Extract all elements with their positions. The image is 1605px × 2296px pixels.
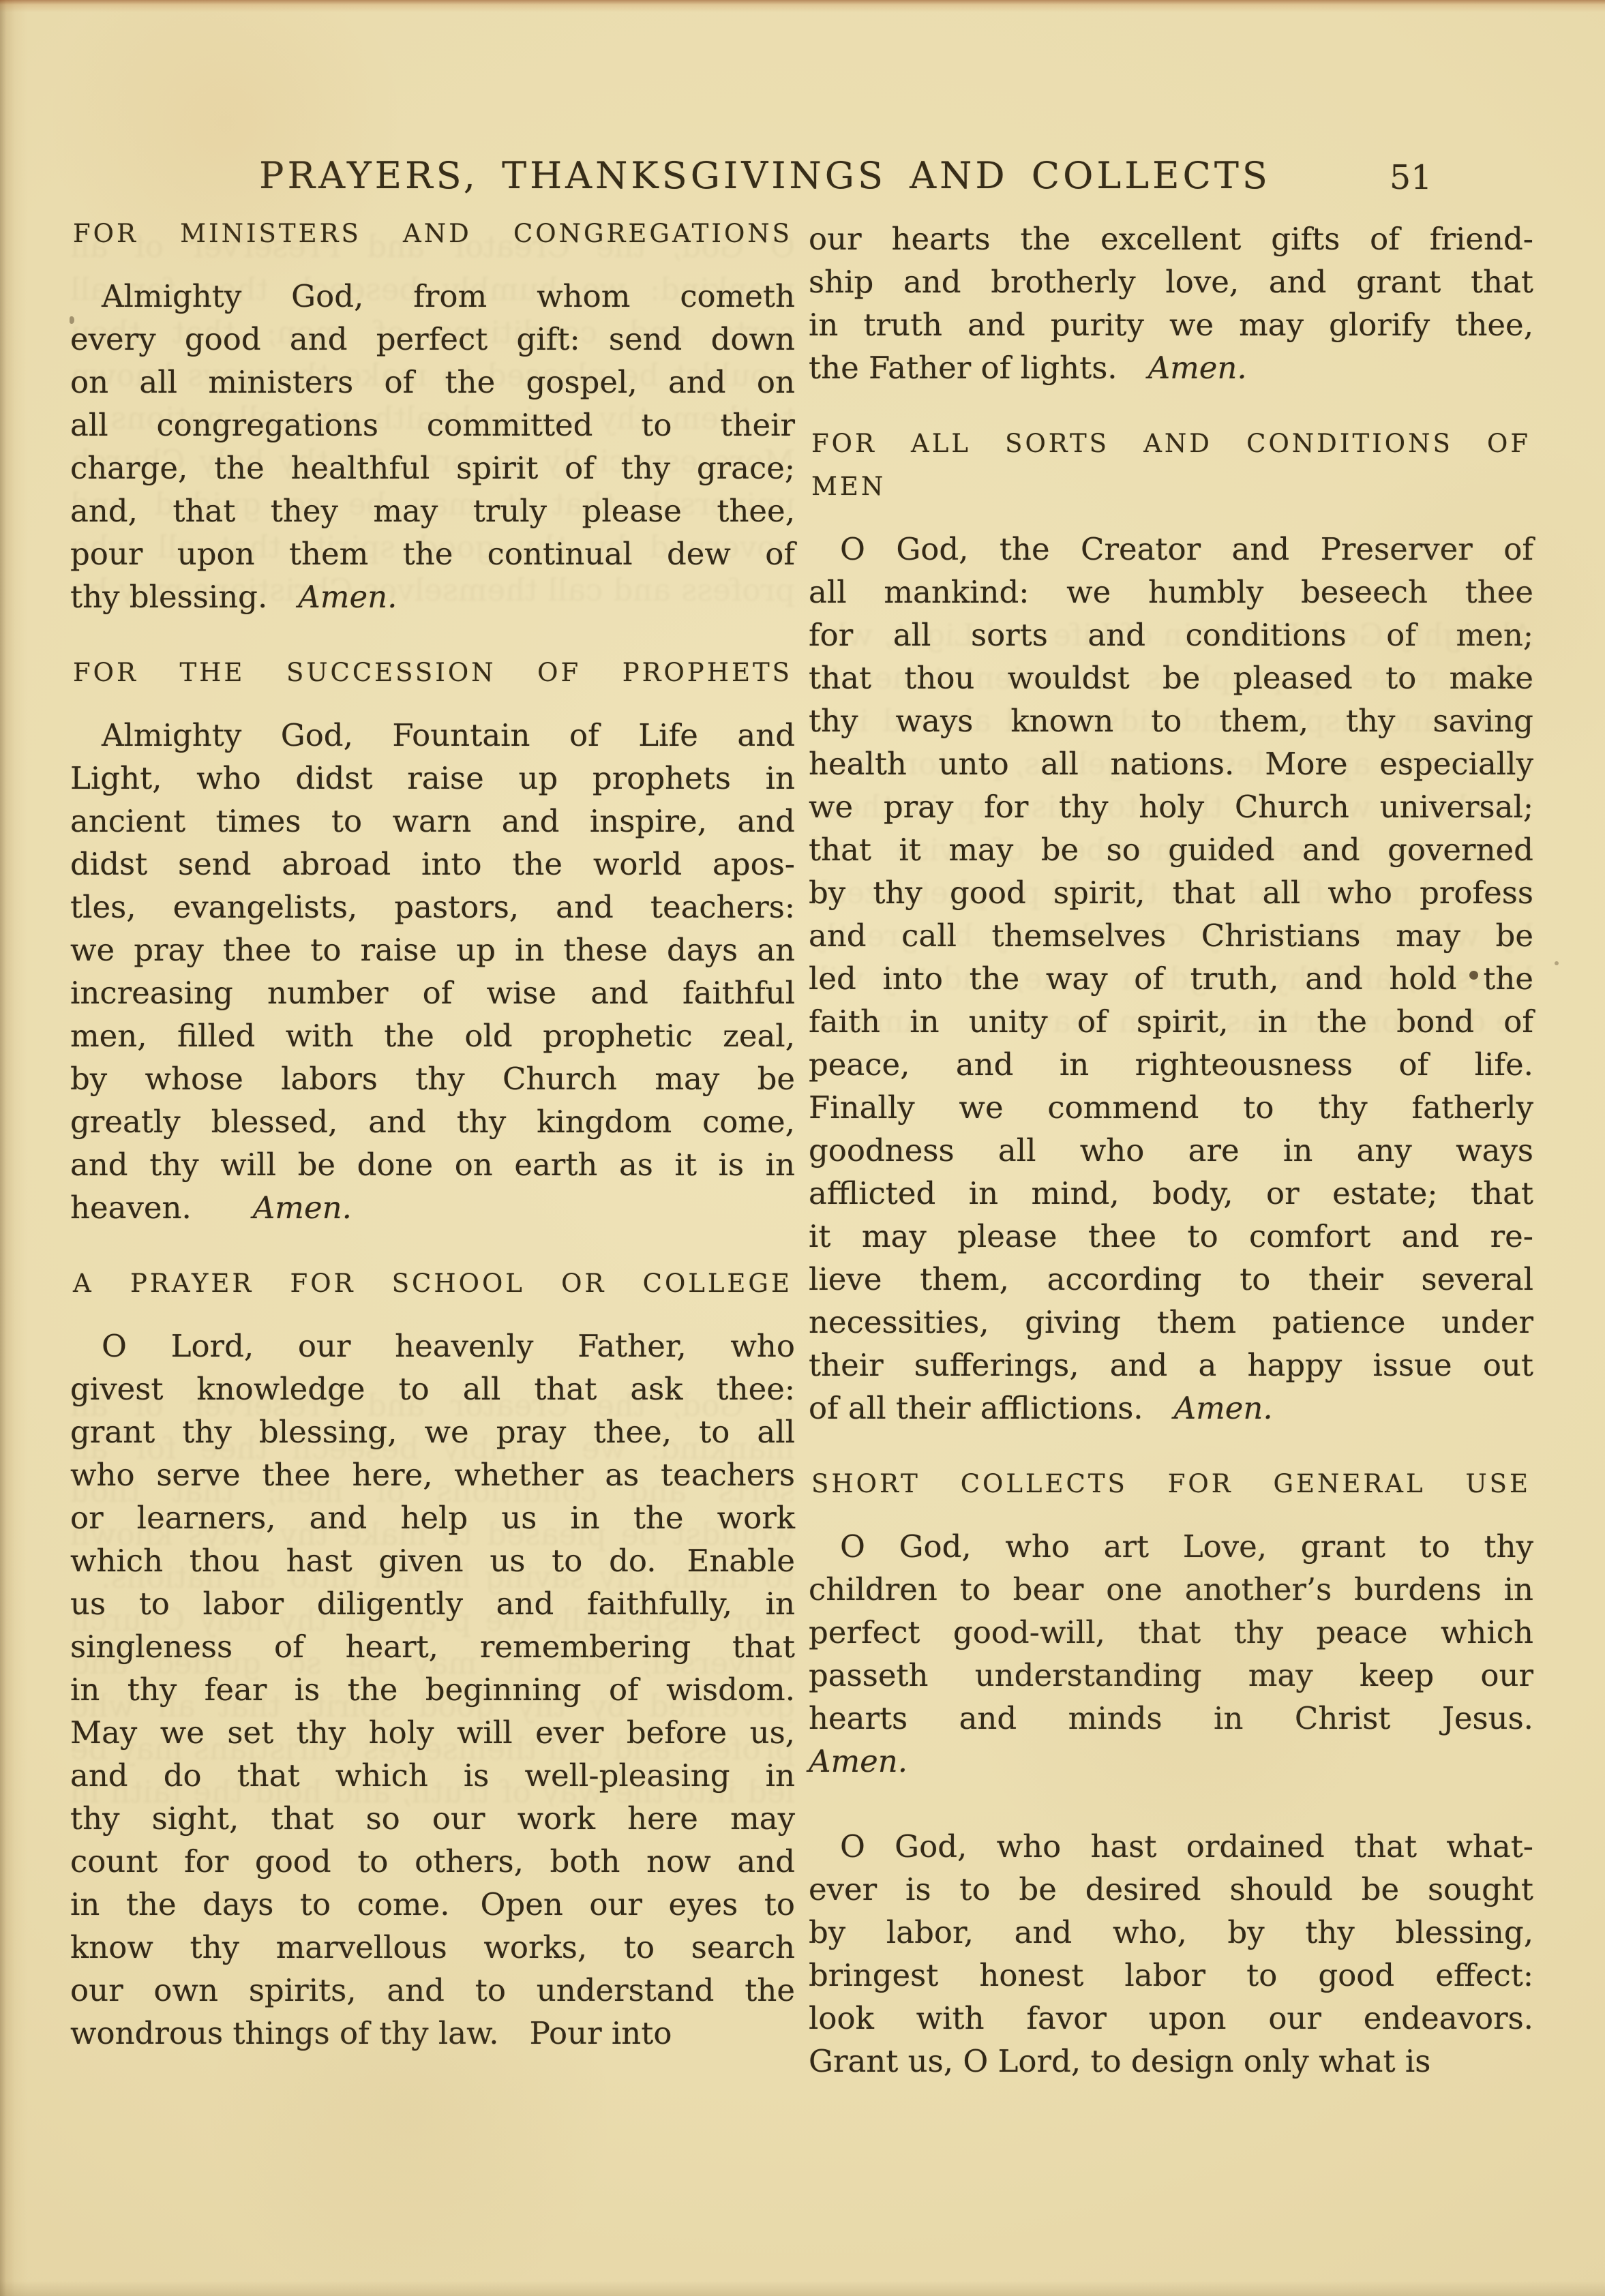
- text-line: that it may be so guided and governed: [809, 828, 1533, 871]
- text-line: by labor, and who, by thy blessing,: [809, 1911, 1533, 1954]
- text-line: we pray thee to raise up in these days a…: [70, 928, 795, 971]
- text-line: Almighty God, Fountain of Life and: [70, 714, 795, 757]
- text-line: Light, who didst raise up prophets in: [70, 757, 795, 800]
- text-line: all mankind: we humbly beseech thee: [809, 571, 1533, 614]
- text-line: O God, who hast ordained that what-: [809, 1825, 1533, 1868]
- text-line: health unto all nations. More especially: [809, 742, 1533, 785]
- prayer-paragraph: our hearts the excellent gifts of friend…: [809, 217, 1533, 389]
- text-line: pour upon them the continual dew of: [70, 532, 795, 575]
- text-line: for all sorts and conditions of men;: [809, 614, 1533, 656]
- book-page-scan: { "page": { "header": { "title": "PRAYER…: [0, 0, 1605, 2296]
- scan-edge-bottom: [0, 2281, 1605, 2296]
- text-line: on all ministers of the gospel, and on: [70, 361, 795, 404]
- text-line: by whose labors thy Church may be: [70, 1057, 795, 1100]
- text-line: it may please thee to comfort and re-: [809, 1215, 1533, 1258]
- text-line: in thy fear is the beginning of wisdom.: [70, 1668, 795, 1711]
- text-line: May we set thy holy will ever before us,: [70, 1711, 795, 1754]
- text-line: who serve thee here, whether as teachers: [70, 1453, 795, 1496]
- section-heading: FOR MINISTERS AND CONGREGATIONS: [73, 212, 792, 255]
- section-heading: FOR ALL SORTS AND CONDITIONS OF MEN: [811, 422, 1531, 508]
- text-line: perfect good-will, that thy peace which: [809, 1611, 1533, 1654]
- text-line: or learners, and help us in the work: [70, 1496, 795, 1539]
- text-line: and, that they may truly please thee,: [70, 489, 795, 532]
- text-line: thy ways known to them, thy saving: [809, 699, 1533, 742]
- ink-speck: [1555, 961, 1559, 965]
- text-line: Amen.: [809, 1740, 1533, 1783]
- text-line: in the days to come. Open our eyes to: [70, 1883, 795, 1926]
- text-line: and thy will be done on earth as it is i…: [70, 1143, 795, 1186]
- text-line: that thou wouldst be pleased to make: [809, 656, 1533, 699]
- section-heading: FOR THE SUCCESSION OF PROPHETS: [73, 651, 792, 694]
- text-line: thy sight, that so our work here may: [70, 1797, 795, 1840]
- text-line: singleness of heart, remembering that: [70, 1625, 795, 1668]
- text-line: greatly blessed, and thy kingdom come,: [70, 1100, 795, 1143]
- left-column: FOR MINISTERS AND CONGREGATIONSAlmighty …: [70, 212, 795, 2055]
- text-line: Almighty God, from whom cometh: [70, 275, 795, 318]
- text-line: tles, evangelists, pastors, and teachers…: [70, 886, 795, 928]
- text-line: passeth understanding may keep our: [809, 1654, 1533, 1697]
- section-heading: A PRAYER FOR SCHOOL OR COLLEGE: [73, 1262, 792, 1305]
- text-line: led into the way of truth, and hold the: [809, 957, 1533, 1000]
- text-line: and do that which is well-pleasing in: [70, 1754, 795, 1797]
- scan-edge-top: [0, 0, 1605, 14]
- text-line: faith in unity of spirit, in the bond of: [809, 1000, 1533, 1043]
- right-column: our hearts the excellent gifts of friend…: [809, 217, 1533, 2083]
- text-line: which thou hast given us to do. Enable: [70, 1539, 795, 1582]
- page-title: PRAYERS, THANKSGIVINGS AND COLLECTS: [0, 154, 1530, 197]
- text-line: necessities, giving them patience under: [809, 1301, 1533, 1344]
- text-line: hearts and minds in Christ Jesus.: [809, 1697, 1533, 1740]
- text-line: goodness all who are in any ways: [809, 1129, 1533, 1172]
- text-line: thy blessing. Amen.: [70, 575, 795, 618]
- text-line: didst send abroad into the world apos-: [70, 843, 795, 886]
- text-line: children to bear one another’s burdens i…: [809, 1568, 1533, 1611]
- text-line: grant thy blessing, we pray thee, to all: [70, 1410, 795, 1453]
- text-line: ship and brotherly love, and grant that: [809, 260, 1533, 303]
- text-line: we pray for thy holy Church universal;: [809, 785, 1533, 828]
- text-line: O God, who art Love, grant to thy: [809, 1525, 1533, 1568]
- text-line: charge, the healthful spirit of thy grac…: [70, 447, 795, 489]
- text-line: of all their afflictions. Amen.: [809, 1387, 1533, 1430]
- text-line: O God, the Creator and Preserver of: [809, 528, 1533, 571]
- text-line: all congregations committed to their: [70, 404, 795, 447]
- scan-edge-left: [0, 0, 27, 2296]
- text-line: their sufferings, and a happy issue out: [809, 1344, 1533, 1387]
- text-line: ever is to be desired should be sought: [809, 1868, 1533, 1911]
- prayer-paragraph: O God, who hast ordained that what-ever …: [809, 1825, 1533, 2083]
- text-line: know thy marvellous works, to search: [70, 1926, 795, 1969]
- text-line: wondrous things of thy law. Pour into: [70, 2012, 795, 2055]
- prayer-paragraph: O God, who art Love, grant to thychildre…: [809, 1525, 1533, 1783]
- text-line: givest knowledge to all that ask thee:: [70, 1368, 795, 1410]
- prayer-paragraph: O Lord, our heavenly Father, whogivest k…: [70, 1325, 795, 2055]
- text-line: men, filled with the old prophetic zeal,: [70, 1014, 795, 1057]
- text-line: in truth and purity we may glorify thee,: [809, 303, 1533, 346]
- prayer-paragraph: O God, the Creator and Preserver ofall m…: [809, 528, 1533, 1430]
- text-line: our own spirits, and to understand the: [70, 1969, 795, 2012]
- text-line: bringest honest labor to good effect:: [809, 1954, 1533, 1997]
- text-line: Grant us, O Lord, to design only what is: [809, 2040, 1533, 2083]
- text-line: increasing number of wise and faithful: [70, 971, 795, 1014]
- text-line: Finally we commend to thy fatherly: [809, 1086, 1533, 1129]
- text-line: every good and perfect gift: send down: [70, 318, 795, 361]
- page-number: 51: [1390, 158, 1432, 197]
- text-line: ancient times to warn and inspire, and: [70, 800, 795, 843]
- text-line: our hearts the excellent gifts of friend…: [809, 217, 1533, 260]
- text-line: us to labor diligently and faithfully, i…: [70, 1582, 795, 1625]
- text-line: look with favor upon our endeavors.: [809, 1997, 1533, 2040]
- prayer-paragraph: Almighty God, Fountain of Life andLight,…: [70, 714, 795, 1229]
- text-line: the Father of lights. Amen.: [809, 346, 1533, 389]
- text-line: afflicted in mind, body, or estate; that: [809, 1172, 1533, 1215]
- text-line: count for good to others, both now and: [70, 1840, 795, 1883]
- text-line: O Lord, our heavenly Father, who: [70, 1325, 795, 1368]
- text-line: lieve them, according to their several: [809, 1258, 1533, 1301]
- text-line: heaven. Amen.: [70, 1186, 795, 1229]
- section-heading: SHORT COLLECTS FOR GENERAL USE: [811, 1462, 1531, 1505]
- text-line: peace, and in righteousness of life.: [809, 1043, 1533, 1086]
- prayer-paragraph: Almighty God, from whom comethevery good…: [70, 275, 795, 618]
- text-line: by thy good spirit, that all who profess: [809, 871, 1533, 914]
- text-line: and call themselves Christians may be: [809, 914, 1533, 957]
